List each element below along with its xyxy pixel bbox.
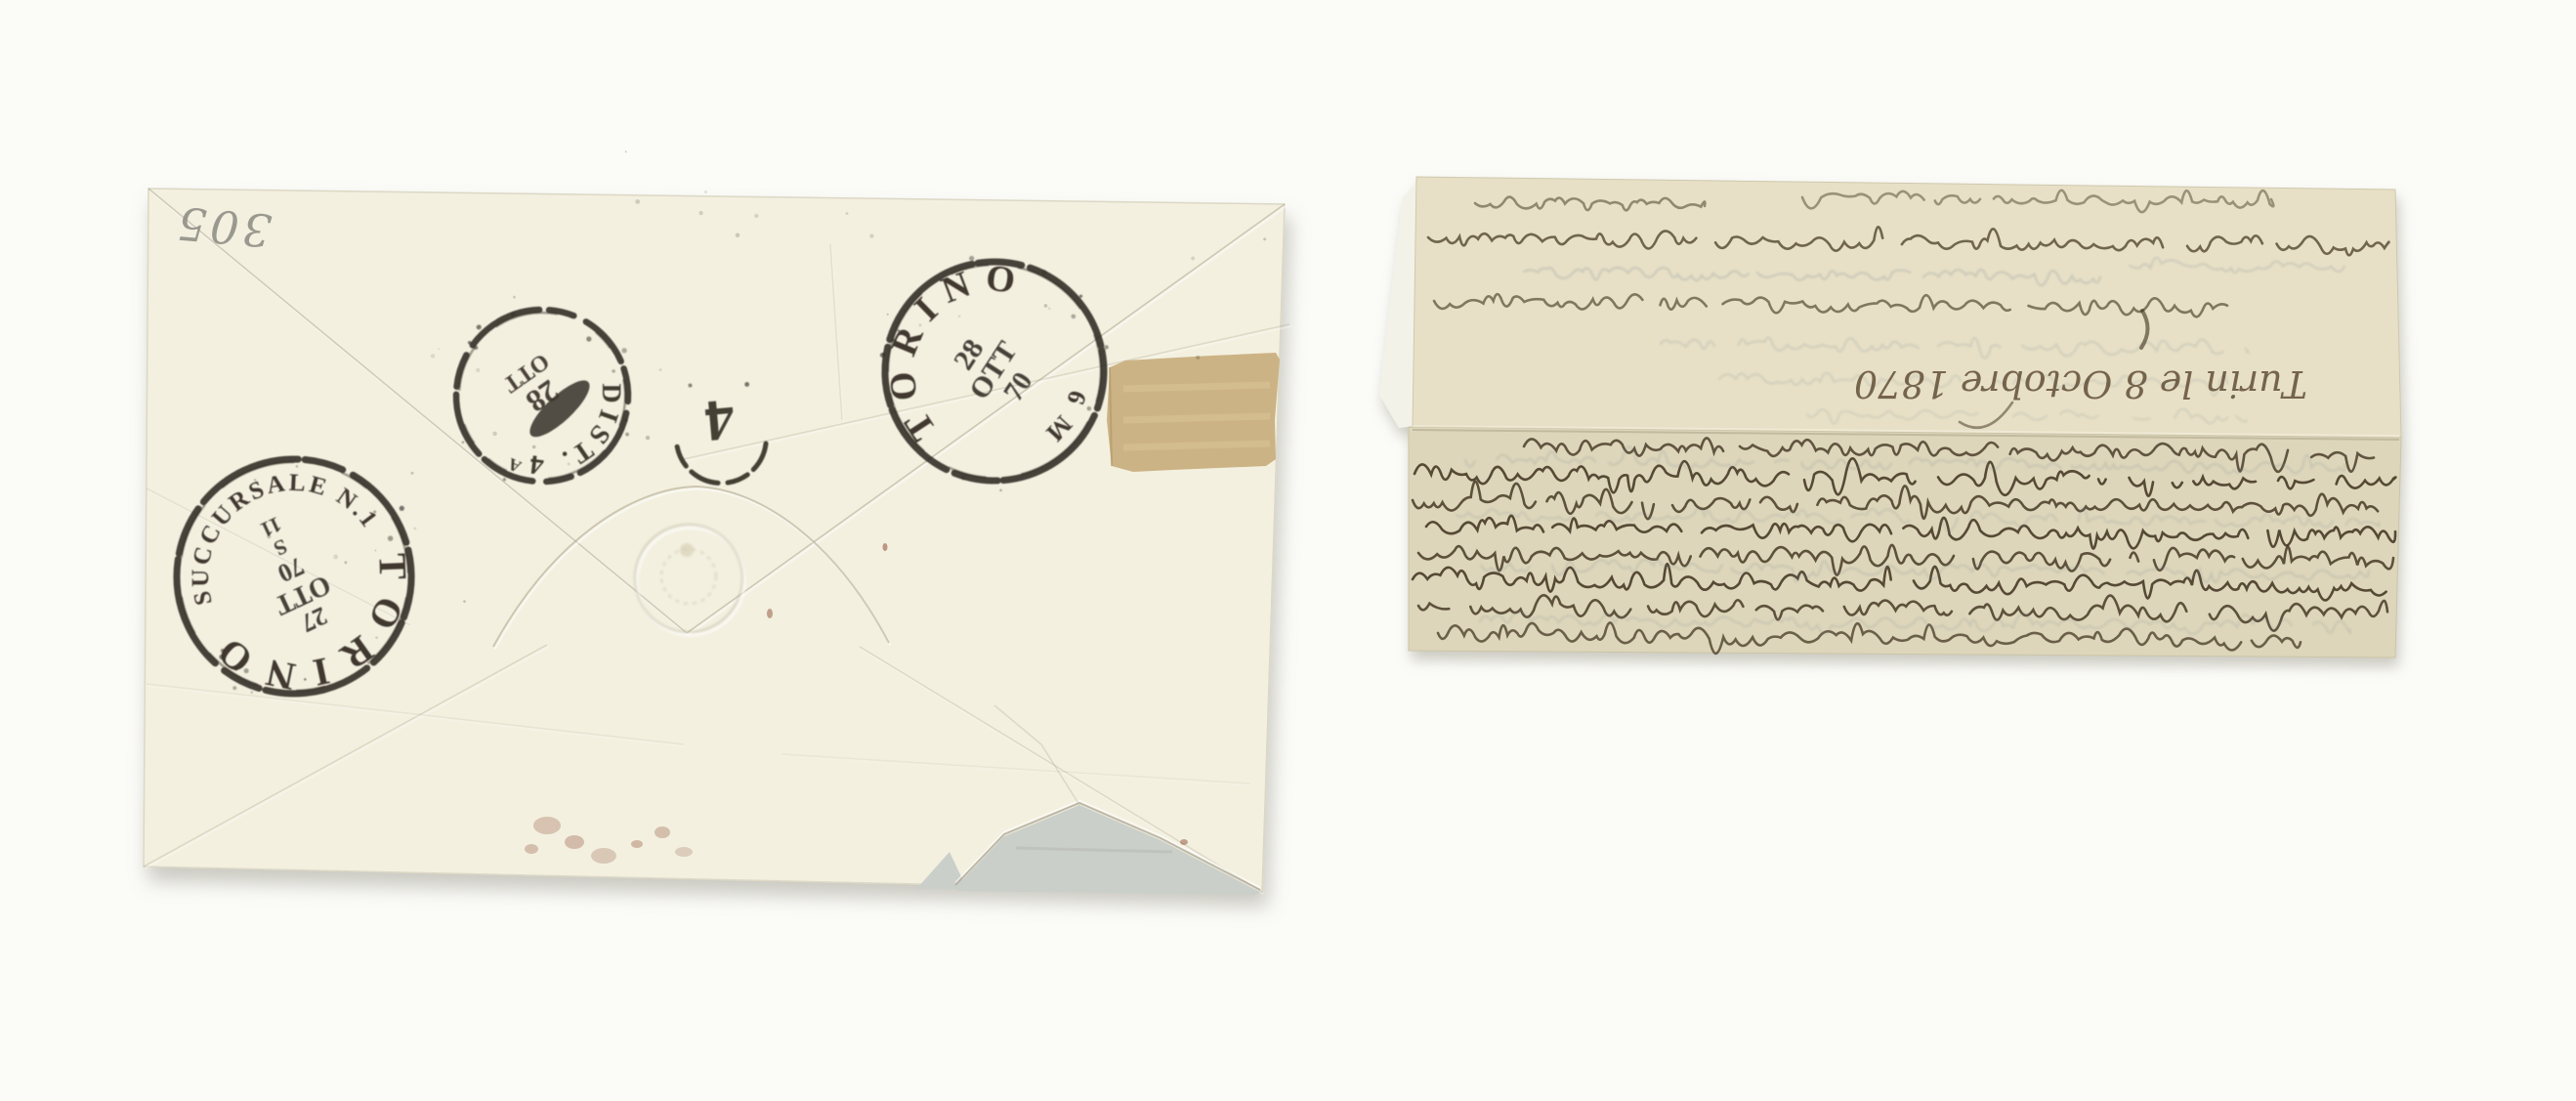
tape-hinge xyxy=(1107,353,1280,472)
photo-of-postal-cover-and-letter: TORINOSUCCURSALE N.127OTT70S11DIST. 4A28… xyxy=(0,0,2576,1101)
photo-scene: TORINOSUCCURSALE N.127OTT70S11DIST. 4A28… xyxy=(0,0,2576,1101)
letter-date-group: Turin le 8 Octobre 1870 xyxy=(1854,362,2307,405)
pencil-number: 305 xyxy=(172,196,274,257)
letter-underlay-edge xyxy=(1379,182,1417,428)
envelope-paper xyxy=(144,189,1285,892)
letter-date-line: Turin le 8 Octobre 1870 xyxy=(1854,362,2307,405)
envelope-back xyxy=(144,189,1285,892)
pencil-number-group: 305 xyxy=(172,196,274,257)
svg-text:4: 4 xyxy=(702,387,738,453)
